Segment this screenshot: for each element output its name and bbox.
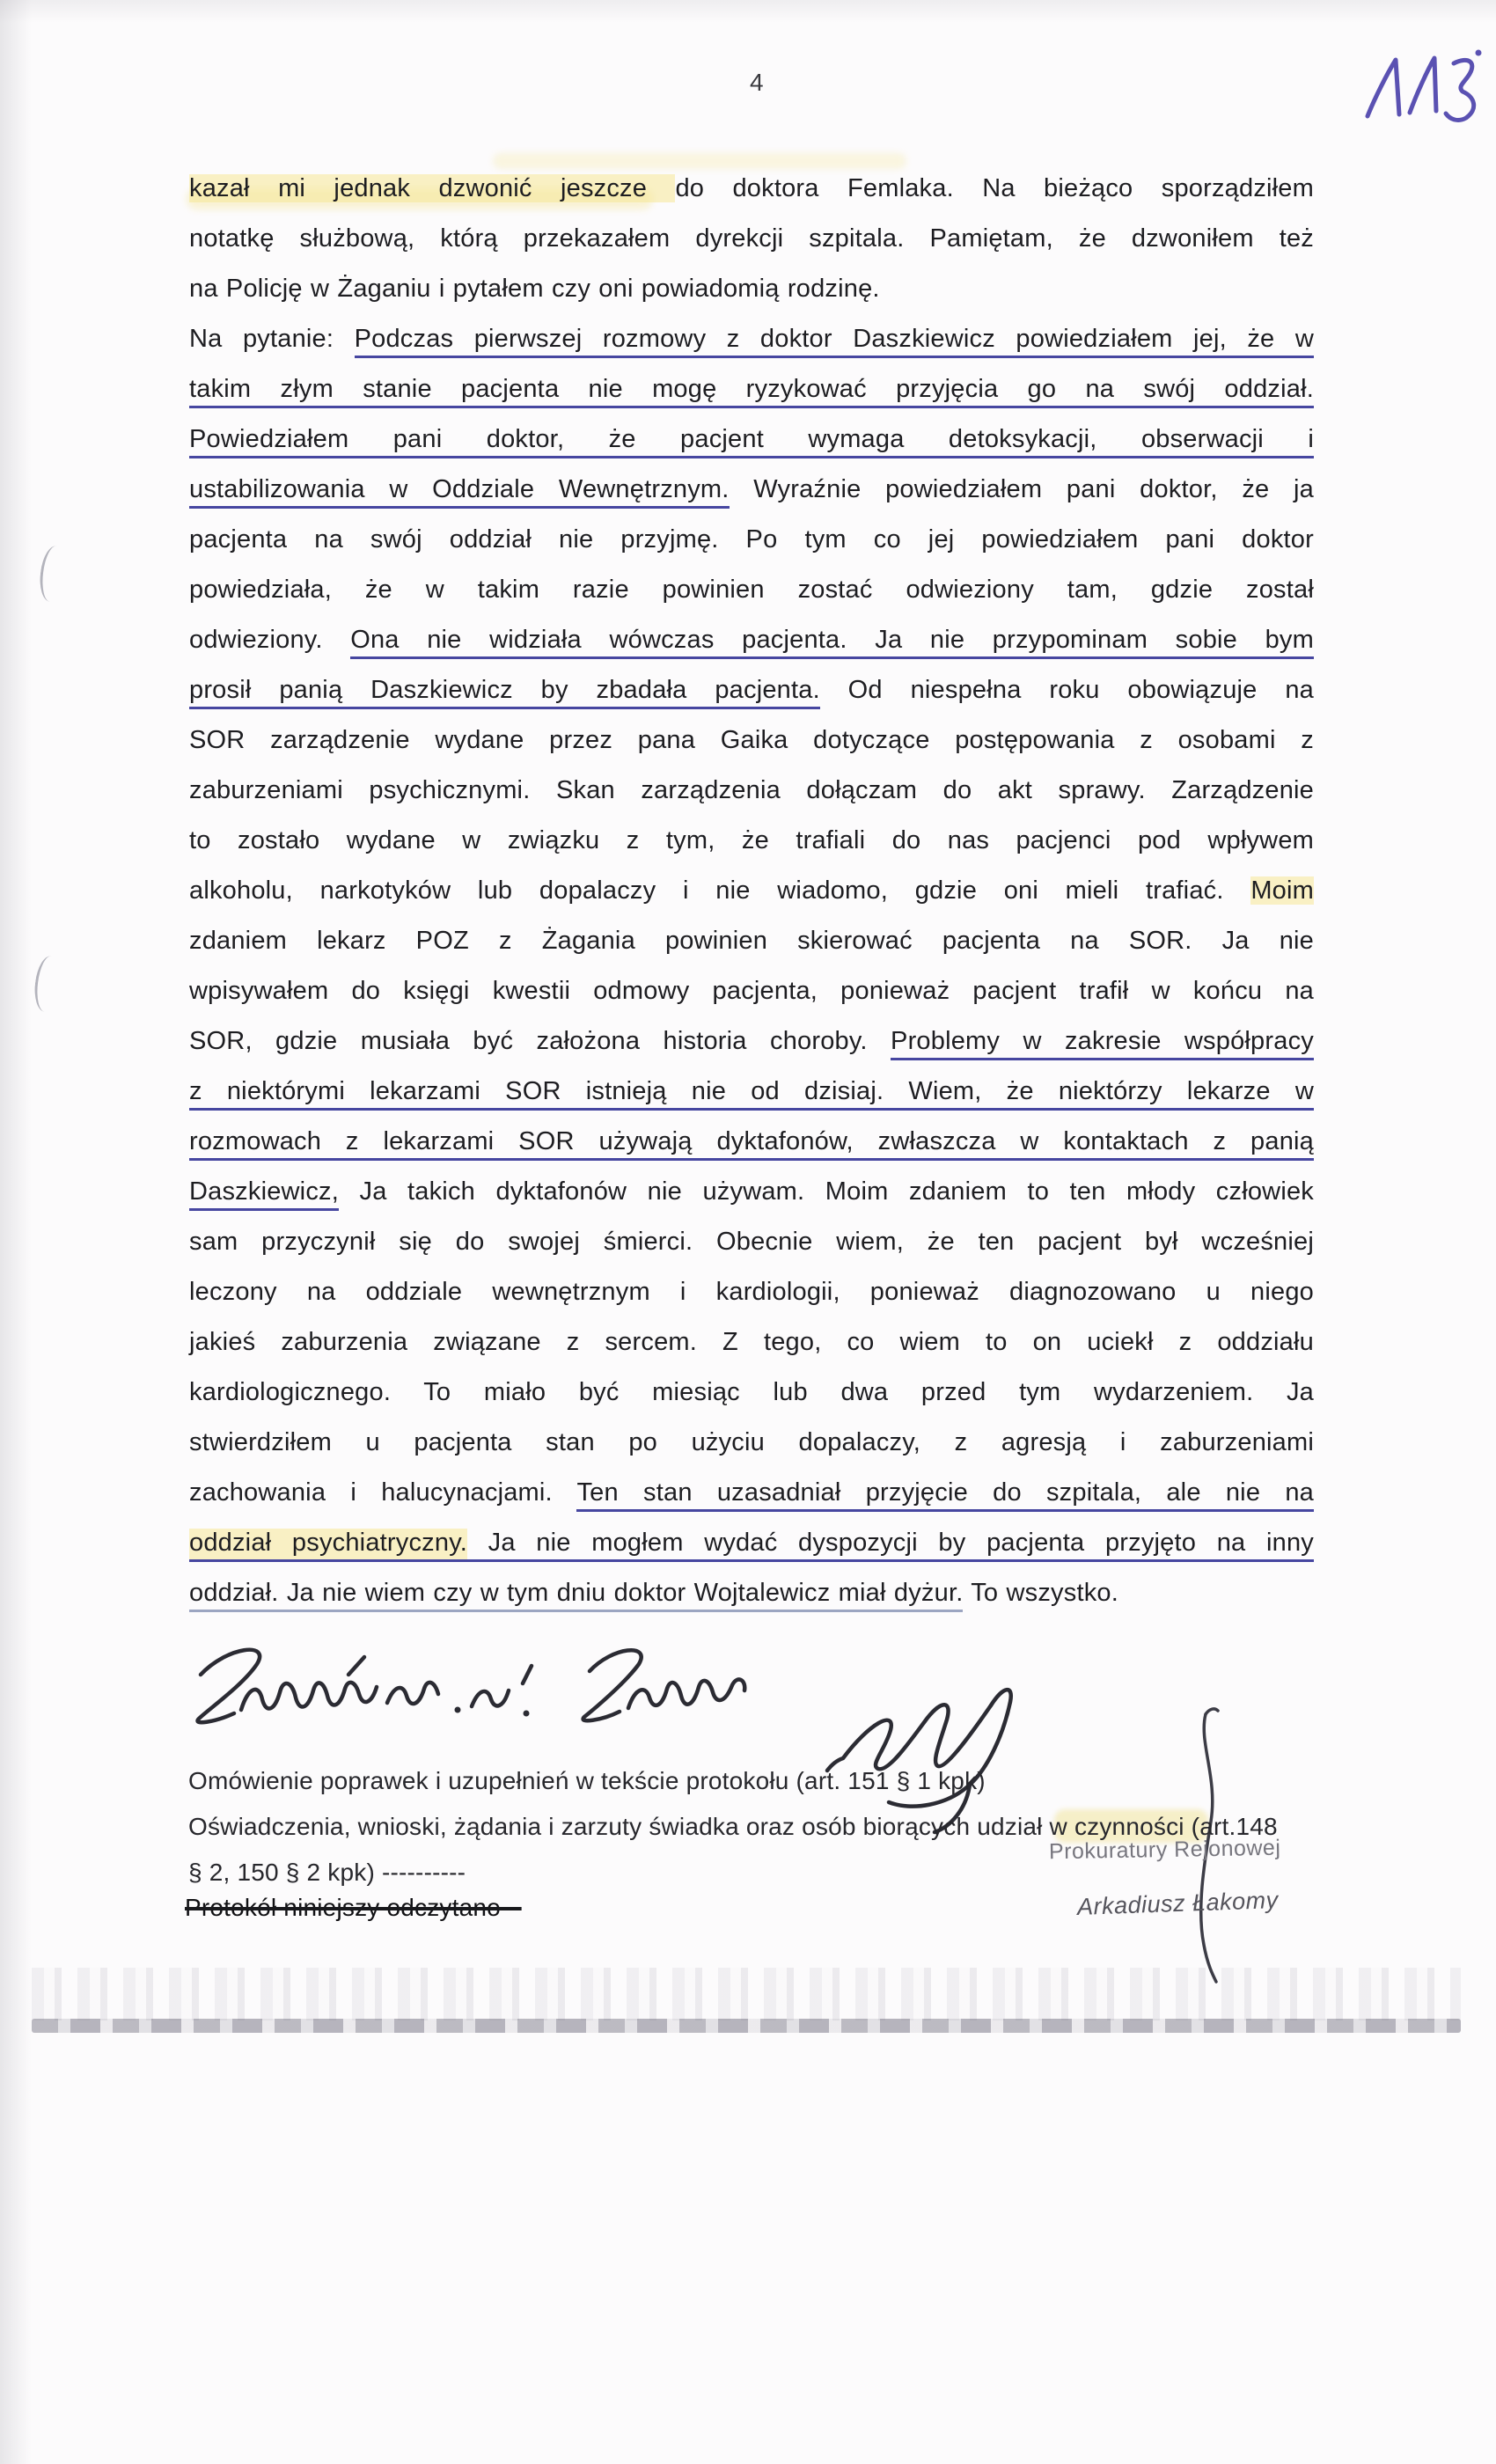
underlined-text: Ja nie mogłem wydać dyspozycji by pacjen… <box>467 1529 1314 1562</box>
underlined-text: Ona nie widziała wówczas pacjenta. Ja ni… <box>350 626 1314 659</box>
text-line: rozmowach z lekarzami SOR używają dyktaf… <box>189 1117 1314 1167</box>
underlined-text: Ten stan uzasadniał przyjęcie do szpital… <box>576 1478 1314 1512</box>
text-segment: To wszystko. <box>963 1579 1118 1607</box>
footer-articles-line: § 2, 150 § 2 kpk) ---------- <box>188 1859 466 1887</box>
underlined-text: ustabilizowania w Oddziale Wewnętrznym. <box>189 475 730 509</box>
highlighted-text: Moim <box>1250 876 1314 905</box>
text-line: powiedziała, że w takim razie powinien z… <box>189 565 1314 615</box>
text-line: z niektórymi lekarzami SOR istnieją nie … <box>189 1067 1314 1117</box>
text-line: stwierdziłem u pacjenta stan po użyciu d… <box>189 1418 1314 1468</box>
underlined-text: rozmowach z lekarzami SOR używają dyktaf… <box>189 1127 1314 1161</box>
text-line: notatkę służbową, którą przekazałem dyre… <box>189 214 1314 264</box>
highlighted-text: kazał mi jednak dzwonić jeszcze <box>189 174 675 202</box>
text-line: Powiedziałem pani doktor, że pacjent wym… <box>189 414 1314 465</box>
text-line: sam przyczynił się do swojej śmierci. Ob… <box>189 1217 1314 1267</box>
text-segment: jakieś zaburzenia związane z sercem. Z t… <box>189 1328 1314 1356</box>
text-line: zaburzeniami psychicznymi. Skan zarządze… <box>189 766 1314 816</box>
text-line: oddział psychiatryczny. Ja nie mogłem wy… <box>189 1518 1314 1568</box>
underlined-text: Problemy w zakresie współpracy <box>891 1027 1314 1060</box>
text-segment: Od niespełna roku obowiązuje na <box>820 676 1314 704</box>
text-segment: notatkę służbową, którą przekazałem dyre… <box>189 224 1314 253</box>
handwritten-corner-number <box>1355 35 1496 136</box>
underlined-text: oddział psychiatryczny. <box>189 1529 467 1562</box>
signature <box>739 1654 1232 1839</box>
text-segment: na Policję w Żaganiu i pytałem czy oni p… <box>189 275 880 303</box>
text-segment: powiedziała, że w takim razie powinien z… <box>189 576 1314 604</box>
text-line: ustabilizowania w Oddziale Wewnętrznym. … <box>189 465 1314 515</box>
scan-edge-shadow-top <box>0 0 1496 23</box>
text-line: to zostało wydane w związku z tym, że tr… <box>189 816 1314 866</box>
text-segment: odwieziony. <box>189 626 350 654</box>
underlined-text: Daszkiewicz, <box>189 1177 339 1211</box>
text-line: zachowania i halucynacjami. Ten stan uza… <box>189 1468 1314 1518</box>
scan-artifact-band <box>32 1968 1461 2020</box>
text-segment: do doktora Femlaka. Na bieżąco sporządzi… <box>675 174 1314 202</box>
underlined-text: oddział. Ja nie wiem czy w tym dniu dokt… <box>189 1579 963 1612</box>
underlined-text: takim złym stanie pacjenta nie mogę ryzy… <box>189 375 1314 408</box>
text-segment: Wyraźnie powiedziałem pani doktor, że ja <box>730 475 1314 503</box>
text-segment: alkoholu, narkotyków lub dopalaczy i nie… <box>189 876 1250 905</box>
text-segment: wpisywałem do księgi kwestii odmowy pacj… <box>189 977 1314 1005</box>
text-line: Na pytanie: Podczas pierwszej rozmowy z … <box>189 314 1314 364</box>
underlined-text: Powiedziałem pani doktor, że pacjent wym… <box>189 425 1314 458</box>
stamp-prosecutor-office: Prokuratury Rejonowej <box>1049 1836 1281 1866</box>
scan-edge-shadow-left <box>0 0 32 2464</box>
text-segment: SOR, gdzie musiała być założona historia… <box>189 1027 891 1055</box>
text-line: kardiologicznego. To miało być miesiąc l… <box>189 1368 1314 1418</box>
text-segment: Na pytanie: <box>189 325 355 353</box>
text-line: oddział. Ja nie wiem czy w tym dniu dokt… <box>189 1568 1314 1618</box>
text-line: jakieś zaburzenia związane z sercem. Z t… <box>189 1317 1314 1368</box>
scanned-protocol-page: { "page": { "number": "4", "handwritten_… <box>0 0 1496 2464</box>
text-segment: pacjenta na swój oddział nie przyjmę. Po… <box>189 525 1314 554</box>
footer-statements-line: Oświadczenia, wnioski, żądania i zarzuty… <box>188 1813 1278 1841</box>
text-segment: zdaniem lekarz POZ z Żagania powinien sk… <box>189 927 1314 955</box>
text-line: zdaniem lekarz POZ z Żagania powinien sk… <box>189 916 1314 966</box>
text-line: takim złym stanie pacjenta nie mogę ryzy… <box>189 364 1314 414</box>
text-segment: to zostało wydane w związku z tym, że tr… <box>189 826 1314 854</box>
text-segment: zaburzeniami psychicznymi. Skan zarządze… <box>189 776 1314 804</box>
text-line: leczony na oddziale wewnętrznym i kardio… <box>189 1267 1314 1317</box>
text-line: Daszkiewicz, Ja takich dyktafonów nie uż… <box>189 1167 1314 1217</box>
text-line: na Policję w Żaganiu i pytałem czy oni p… <box>189 264 1314 314</box>
text-line: prosił panią Daszkiewicz by zbadała pacj… <box>189 665 1314 715</box>
text-line: alkoholu, narkotyków lub dopalaczy i nie… <box>189 866 1314 916</box>
stamp-prosecutor-name: Arkadiusz Łakomy <box>1077 1887 1280 1921</box>
underlined-text: z niektórymi lekarzami SOR istnieją nie … <box>189 1077 1314 1111</box>
scan-artifact-band-edge <box>32 2019 1461 2033</box>
text-segment: SOR zarządzenie wydane przez pana Gaika … <box>189 726 1314 754</box>
text-segment: stwierdziłem u pacjenta stan po użyciu d… <box>189 1428 1314 1456</box>
text-segment: sam przyczynił się do swojej śmierci. Ob… <box>189 1228 1314 1256</box>
text-segment: kardiologicznego. To miało być miesiąc l… <box>189 1378 1314 1406</box>
text-line: kazał mi jednak dzwonić jeszcze do dokto… <box>189 164 1314 214</box>
page-number: 4 <box>750 69 764 97</box>
footer-corrections-line: Omówienie poprawek i uzupełnień w tekści… <box>188 1767 986 1795</box>
pen-margin-mark <box>32 954 64 1013</box>
footer-protocol-read-line-struck: Protokół niniejszy odczytano – <box>185 1894 522 1922</box>
underlined-text: Podczas pierwszej rozmowy z doktor Daszk… <box>355 325 1314 358</box>
text-line: odwieziony. Ona nie widziała wówczas pac… <box>189 615 1314 665</box>
pen-margin-mark <box>37 544 70 603</box>
text-segment: leczony na oddziale wewnętrznym i kardio… <box>189 1278 1314 1306</box>
text-segment: zachowania i halucynacjami. <box>189 1478 576 1507</box>
text-segment: Ja takich dyktafonów nie używam. Moim zd… <box>339 1177 1314 1206</box>
underlined-text: prosił panią Daszkiewicz by zbadała pacj… <box>189 676 820 709</box>
text-line: wpisywałem do księgi kwestii odmowy pacj… <box>189 966 1314 1016</box>
text-line: pacjenta na swój oddział nie przyjmę. Po… <box>189 515 1314 565</box>
handwritten-note <box>176 1632 792 1751</box>
text-line: SOR, gdzie musiała być założona historia… <box>189 1016 1314 1067</box>
body-lines: kazał mi jednak dzwonić jeszcze do dokto… <box>189 164 1314 1618</box>
text-line: SOR zarządzenie wydane przez pana Gaika … <box>189 715 1314 766</box>
